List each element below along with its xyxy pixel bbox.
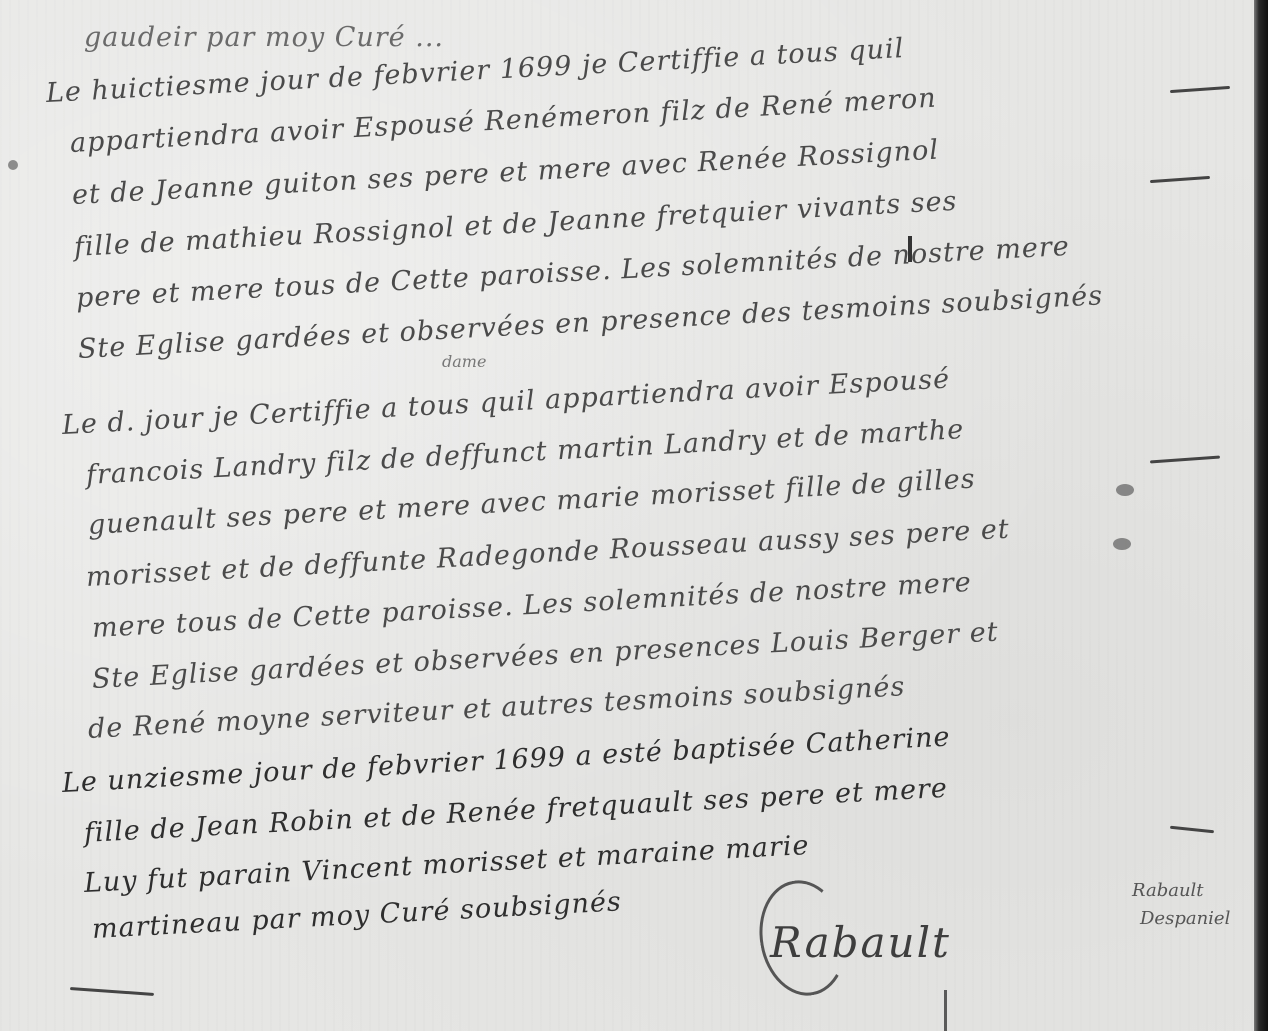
line-end-flourish	[1150, 176, 1210, 183]
text-line: gaudeir par moy Curé ...	[84, 22, 444, 53]
signature-main: Rabault	[770, 918, 951, 967]
ink-blot	[1113, 538, 1131, 550]
ink-blot	[1116, 484, 1134, 496]
margin-note: dame	[442, 352, 486, 371]
page-binding-edge	[1254, 0, 1268, 1031]
ink-blot	[8, 160, 18, 170]
signature-right-bottom: Despaniel	[1140, 908, 1230, 929]
ink-stroke	[908, 236, 912, 262]
text-line: martineau par moy Curé soubsignés	[91, 886, 622, 945]
cross-mark	[944, 990, 947, 1031]
line-end-flourish	[70, 987, 154, 996]
line-end-flourish	[1170, 826, 1214, 834]
line-end-flourish	[1170, 86, 1230, 93]
signature-right-top: Rabault	[1132, 880, 1204, 901]
register-page: gaudeir par moy Curé ... Le huictiesme j…	[0, 0, 1268, 1031]
line-end-flourish	[1150, 456, 1220, 464]
